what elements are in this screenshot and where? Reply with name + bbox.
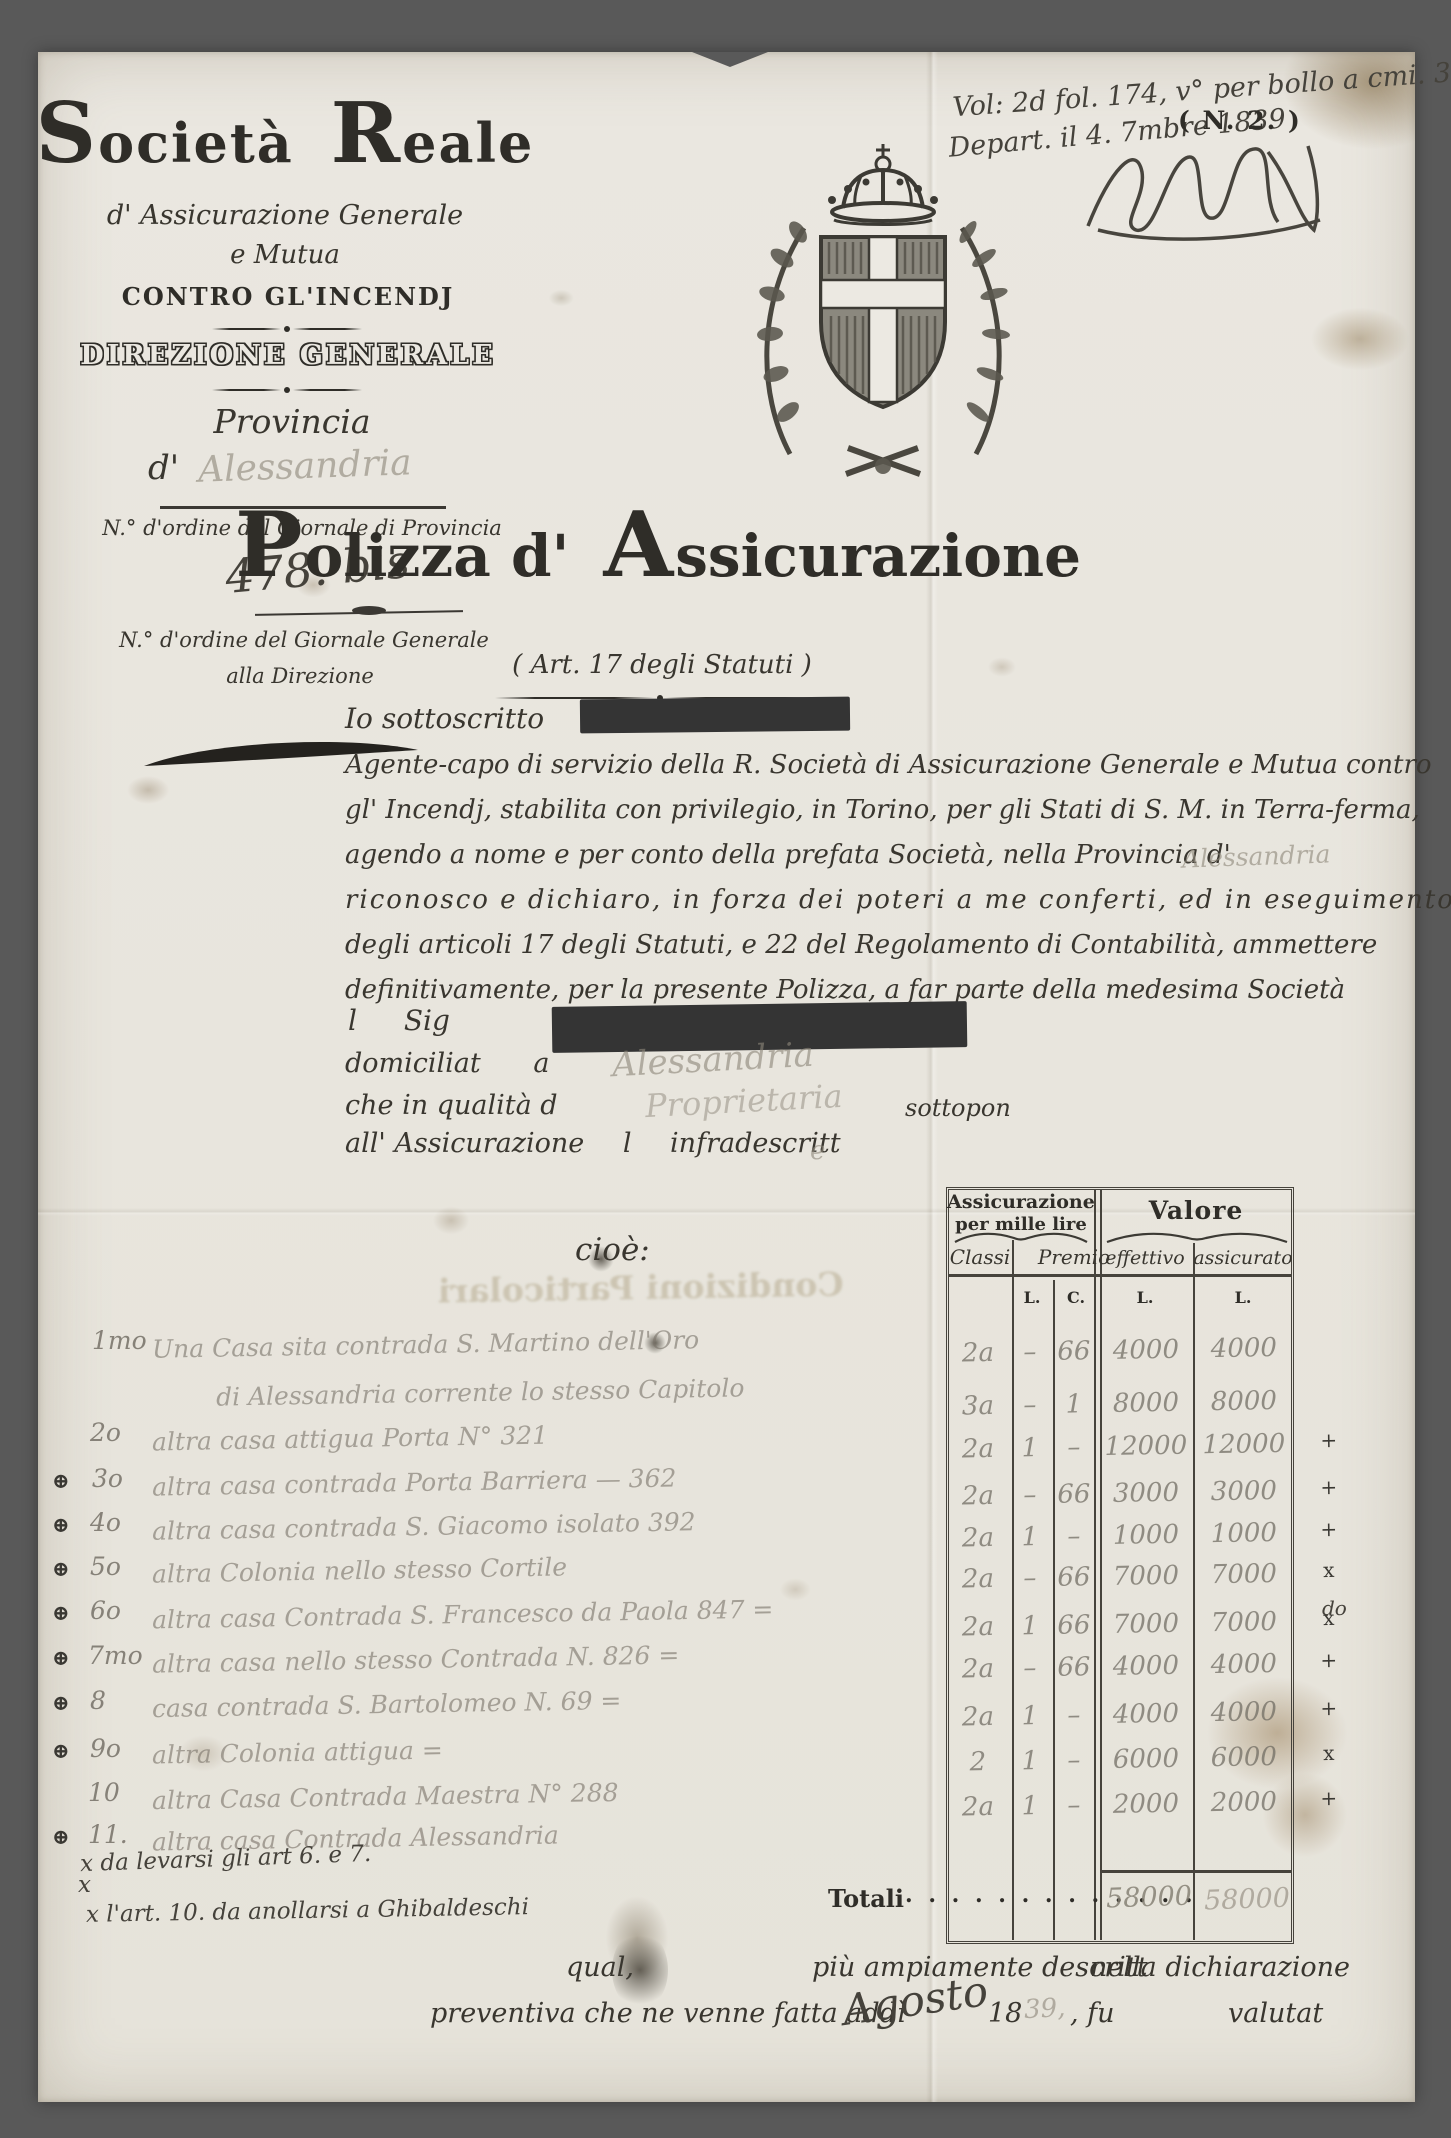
item-number: 8 [90,1686,106,1715]
signature-flourish [1080,128,1330,248]
table-line [1102,1870,1292,1873]
cell-premio-l: – [1010,1480,1051,1511]
torn-edge-notch [692,52,768,67]
infra-part1: all' Assicurazione [345,1128,584,1159]
table-row: 2a1–20002000+ [946,1785,1377,1834]
list-item: altra Colonia attigua = [152,1735,443,1769]
cell-premio-l: 1 [1010,1746,1051,1777]
sig-label: Sig [404,1004,450,1037]
cell-premio-l: – [1010,1390,1051,1421]
cell-premio-l: 1 [1010,1791,1051,1822]
cell-premio-c: 66 [1052,1562,1097,1593]
margin-mark: ⊕ [52,1645,70,1670]
cell-valore-effettivo: 12000 [1098,1430,1195,1462]
cell-valore-assicurato: 1000 [1196,1518,1293,1550]
cell-valore-effettivo: 1000 [1098,1519,1195,1551]
cell-valore-effettivo: 3000 [1098,1477,1195,1509]
margin-mark: ⊕ [52,1738,70,1763]
footer-handwritten-year: 39, [1023,1993,1066,2025]
society-name: Società Reale [36,102,535,175]
body-par-line3: agendo a nome e per conto della prefata … [345,840,1231,870]
provincia-prefix: d' [148,448,179,488]
domicile-line: domiciliat a [345,1048,549,1079]
quality-label: che in qualità d [345,1090,558,1121]
margin-mark: ⊕ [52,1556,70,1581]
item-number: 2o [90,1418,121,1447]
cell-classi: 2a [948,1434,1009,1465]
cell-margin-mark: x [1304,1558,1354,1583]
body-par-line4: riconosco e dichiaro, in forza dei poter… [345,885,1451,915]
footer-seg7: , fu [1070,1998,1115,2029]
cell-classi: 2a [948,1523,1009,1554]
ink-blot [588,1246,614,1272]
society-line3: e Mutua [230,240,340,270]
cell-premio-l: 1 [1010,1522,1051,1553]
society-word2: Reale [331,102,535,175]
cell-premio-c: – [1052,1521,1097,1552]
sig-line: l Sig [348,1004,450,1037]
cell-classi: 2a [948,1792,1009,1823]
margin-mark: ⊕ [52,1512,70,1537]
infra-line: all' Assicurazione l infradescritt [345,1128,841,1159]
infra-ghost-letter: e [810,1136,825,1166]
item-number: 10 [88,1778,120,1807]
table-row: 2a16670007000x [946,1605,1377,1654]
item-number: 3o [92,1464,123,1493]
cell-margin-mark [1304,1385,1354,1386]
table-group1-line1: Assicurazione [947,1191,1095,1213]
unit-label-l1: L. [1024,1288,1041,1307]
cell-valore-effettivo: 8000 [1098,1387,1195,1419]
cell-margin-mark: + [1304,1428,1354,1453]
table-line [949,1274,1292,1277]
cell-premio-c: 66 [1052,1479,1097,1510]
cell-premio-c: 66 [1052,1336,1097,1367]
cell-valore-assicurato: 7000 [1196,1559,1293,1591]
totals-assicurato-value: 58000 [1199,1882,1294,1916]
table-row: 2a–6630003000+ [946,1474,1377,1523]
cell-premio-l: 1 [1010,1433,1051,1464]
footer-seg3: nella dichiarazione [1090,1952,1350,1983]
table-group1-line2: per mille lire [955,1214,1087,1235]
cell-valore-assicurato: 12000 [1196,1429,1293,1461]
cell-margin-mark [1304,1332,1354,1333]
body-par-line2: gl' Incendj, stabilita con privilegio, i… [345,795,1420,825]
cell-valore-assicurato: 6000 [1196,1742,1293,1774]
cell-valore-assicurato: 7000 [1196,1607,1293,1639]
unit-label-l2: L. [1137,1288,1154,1307]
cell-premio-c: – [1052,1432,1097,1463]
totals-label: Totali [828,1884,904,1913]
cell-premio-c: 66 [1052,1652,1097,1683]
redaction-bar [580,697,850,734]
col-header-premio: Premio [1038,1245,1110,1269]
provincia-handwritten-value: Alessandria [197,442,412,490]
footer-seg4: preventiva che ne venne fatta addì [430,1998,906,2029]
totals-effettivo-value: 58000 [1101,1880,1196,1914]
item-number: 5o [90,1552,121,1581]
table-row: 2a–6640004000+ [946,1647,1377,1696]
cell-valore-effettivo: 4000 [1098,1334,1195,1366]
giornale-generale-label2: alla Direzione [226,664,374,688]
cell-margin-mark: + [1304,1475,1354,1500]
savoy-coat-of-arms [748,142,1018,472]
column-brace [1104,1228,1290,1244]
document-title: Polizza d' Assicurazione [235,512,1081,590]
cell-premio-c: 66 [1052,1610,1097,1641]
cell-margin-mark: + [1304,1648,1354,1673]
col-header-classi: Classi [950,1245,1011,1269]
cell-premio-l: 1 [1010,1611,1051,1642]
cell-valore-assicurato: 4000 [1196,1697,1293,1729]
cell-classi: 2a [948,1612,1009,1643]
unit-label-c: C. [1067,1288,1085,1307]
body-intro: Io sottoscritto [345,702,544,735]
cell-margin-mark: x [1304,1741,1354,1766]
cell-valore-effettivo: 6000 [1098,1743,1195,1775]
body-par-line3-handwritten: Alessandria [1182,839,1331,873]
sig-prefix: l [348,1004,357,1037]
cell-classi: 3a [948,1391,1009,1422]
cell-valore-effettivo: 4000 [1098,1650,1195,1682]
body-par-line5: degli articoli 17 degli Statuti, e 22 de… [345,930,1377,960]
cell-classi: 2a [948,1481,1009,1512]
margin-mark: ⊕ [52,1824,70,1849]
cell-premio-c: 1 [1052,1389,1097,1420]
cell-premio-c: – [1052,1700,1097,1731]
cell-premio-l: – [1010,1563,1051,1594]
cell-premio-c: – [1052,1790,1097,1821]
cell-valore-assicurato: 3000 [1196,1476,1293,1508]
title-part2: Assicurazione [604,512,1081,590]
body-par-line6: definitivamente, per la presente Polizza… [345,975,1345,1005]
cell-valore-effettivo: 7000 [1098,1608,1195,1640]
table-row: 3a–180008000 [946,1384,1377,1433]
body-par-line1: Agente-capo di servizio della R. Società… [345,750,1432,780]
underline-knot [352,606,386,615]
item-number: 6o [90,1596,121,1625]
cell-premio-l: – [1010,1337,1051,1368]
direzione-generale: DIREZIONE GENERALE [80,340,495,371]
cell-classi: 2a [948,1338,1009,1369]
col-header-assicurato: assicurato [1193,1247,1292,1269]
row-annotation-do: do [1322,1596,1347,1620]
cell-premio-l: 1 [1010,1701,1051,1732]
cell-premio-c: – [1052,1745,1097,1776]
cell-margin-mark: + [1304,1786,1354,1811]
cell-classi: 2a [948,1654,1009,1685]
cell-classi: 2a [948,1702,1009,1733]
cell-classi: 2 [948,1747,1009,1778]
table-row: 2a–6670007000x [946,1557,1377,1606]
society-word1: Società [36,102,294,175]
col-header-effettivo: effettivo [1105,1247,1184,1269]
scanned-document-page: Società Reale d' Assicurazione Generale … [0,0,1451,2138]
cell-classi: 2a [948,1564,1009,1595]
divider-ornament [212,325,362,333]
society-line2: d' Assicurazione Generale [107,200,463,231]
footer-seg8: valutat [1228,1998,1323,2029]
infra-l: l [623,1128,632,1159]
cell-premio-l: – [1010,1653,1051,1684]
margin-mark: ⊕ [52,1468,70,1493]
margin-mark: ⊕ [52,1690,70,1715]
title-part1: Polizza d' [235,512,569,590]
giornale-generale-label: N.° d'ordine del Giornale Generale [119,628,489,652]
cell-valore-effettivo: 2000 [1098,1788,1195,1820]
sottopon-word: sottopon [905,1094,1011,1122]
cell-margin-mark: + [1304,1696,1354,1721]
table-row: 2a–6640004000 [946,1331,1377,1380]
domicile-prep: a [533,1048,549,1079]
provincia-label: Provincia [213,402,370,441]
society-line4: CONTRO GL'INCENDJ [122,282,454,311]
item-number: 4o [90,1508,121,1537]
marginal-note: x [78,1872,91,1898]
cell-valore-assicurato: 2000 [1196,1787,1293,1819]
item-number: 7mo [88,1641,143,1670]
table-row: 2a1–1200012000+ [946,1427,1377,1476]
item-number: 1mo [92,1326,147,1355]
divider-ornament [212,386,362,394]
cell-valore-assicurato: 4000 [1196,1333,1293,1365]
bleed-through-text: Condizioni Particolari [438,1264,844,1310]
table-row: 2a1–40004000+ [946,1695,1377,1744]
margin-mark: ⊕ [52,1600,70,1625]
cell-margin-mark: + [1304,1517,1354,1542]
cell-valore-assicurato: 4000 [1196,1649,1293,1681]
item-number: 9o [90,1734,121,1763]
table-group2: Valore [1149,1196,1244,1225]
footer-seg6: 18 [988,1998,1022,2029]
item-number: 11. [88,1820,128,1849]
cell-valore-assicurato: 8000 [1196,1386,1293,1418]
domicile-label: domiciliat [345,1048,481,1079]
footer-seg1: qual, [566,1952,634,1983]
cell-valore-effettivo: 7000 [1098,1560,1195,1592]
cell-valore-effettivo: 4000 [1098,1698,1195,1730]
table-row: 21–60006000x [946,1740,1377,1789]
unit-label-l3: L. [1235,1288,1252,1307]
title-subtitle: ( Art. 17 degli Statuti ) [512,650,812,680]
